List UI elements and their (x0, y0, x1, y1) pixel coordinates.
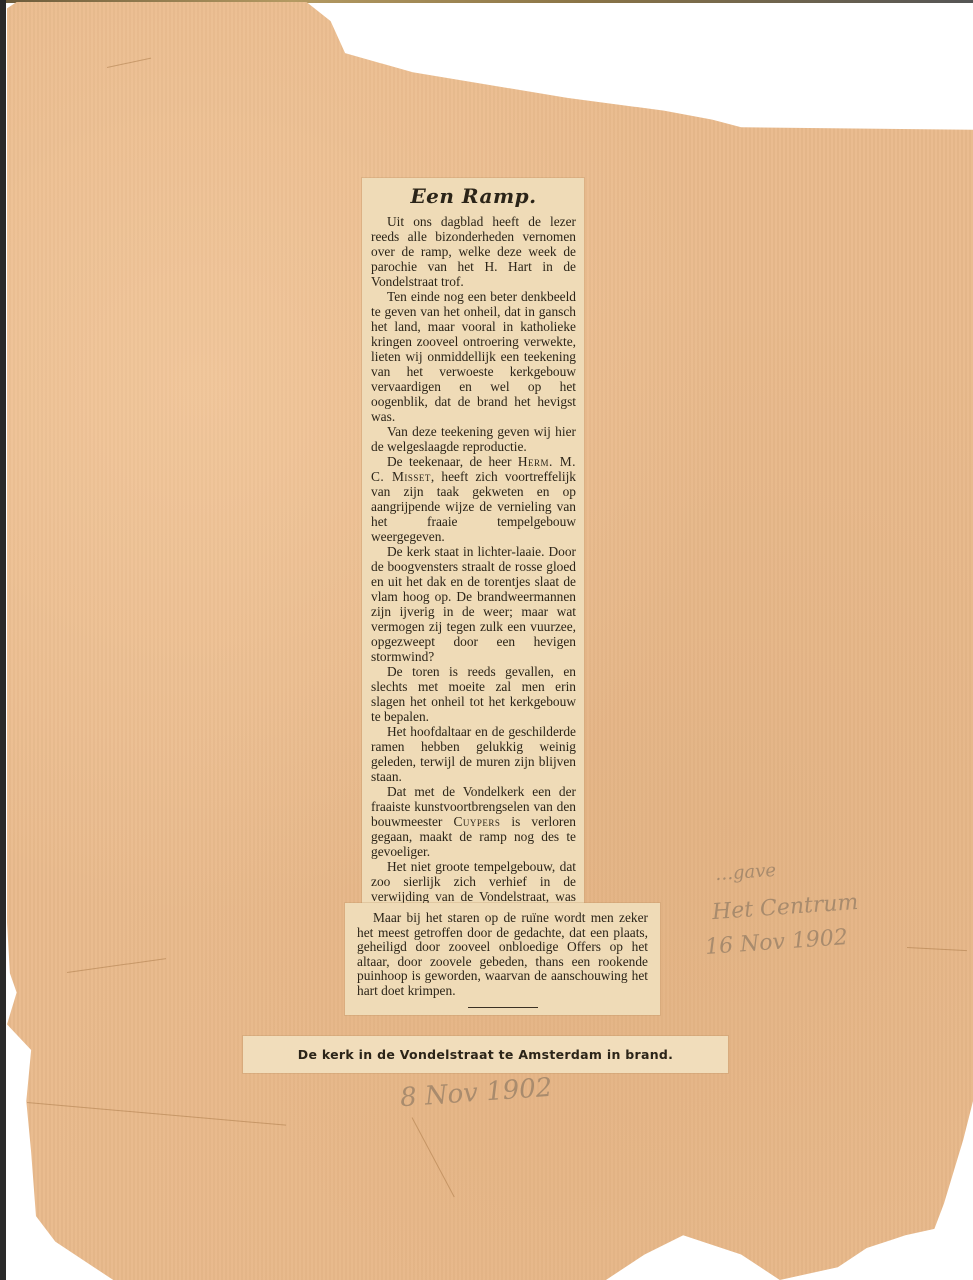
paper-crease (107, 58, 151, 68)
scan-edge-left (0, 0, 6, 1280)
article-paragraph: Uit ons dagblad heeft de lezer reeds all… (371, 214, 576, 289)
article-closing-clipping: Maar bij het staren op de ruïne wordt me… (345, 903, 660, 1015)
illustration-caption-clipping: De kerk in de Vondelstraat te Amsterdam … (243, 1036, 728, 1073)
article-paragraph: Het hoofdaltaar en de geschilderde ramen… (371, 724, 576, 784)
illustration-caption: De kerk in de Vondelstraat te Amsterdam … (298, 1047, 673, 1062)
closing-paragraph: Maar bij het staren op de ruïne wordt me… (357, 911, 648, 999)
paper-crease (412, 1117, 455, 1197)
article-headline: Een Ramp. (371, 184, 576, 208)
pencil-annotation: …gave (714, 860, 776, 885)
article-paragraph: Ten einde nog een beter denkbeeld te gev… (371, 289, 576, 424)
architect-name: Cuypers (453, 814, 500, 829)
article-paragraph: De toren is reeds gevallen, en slechts m… (371, 664, 576, 724)
paper-crease (907, 947, 967, 951)
end-rule-divider (468, 1007, 538, 1008)
article-paragraph-architect: Dat met de Vondelkerk een der fraaiste k… (371, 784, 576, 859)
text-segment: De teekenaar, de heer (387, 454, 518, 469)
paper-crease (67, 958, 166, 973)
article-paragraph: Van deze teekening geven wij hier de wel… (371, 424, 576, 454)
article-paragraph-artist: De teekenaar, de heer Herm. M. C. Misset… (371, 454, 576, 544)
paper-crease (27, 1102, 286, 1126)
article-paragraph: De kerk staat in lichter-laaie. Door de … (371, 544, 576, 664)
article-clipping: Een Ramp. Uit ons dagblad heeft de lezer… (362, 178, 584, 910)
